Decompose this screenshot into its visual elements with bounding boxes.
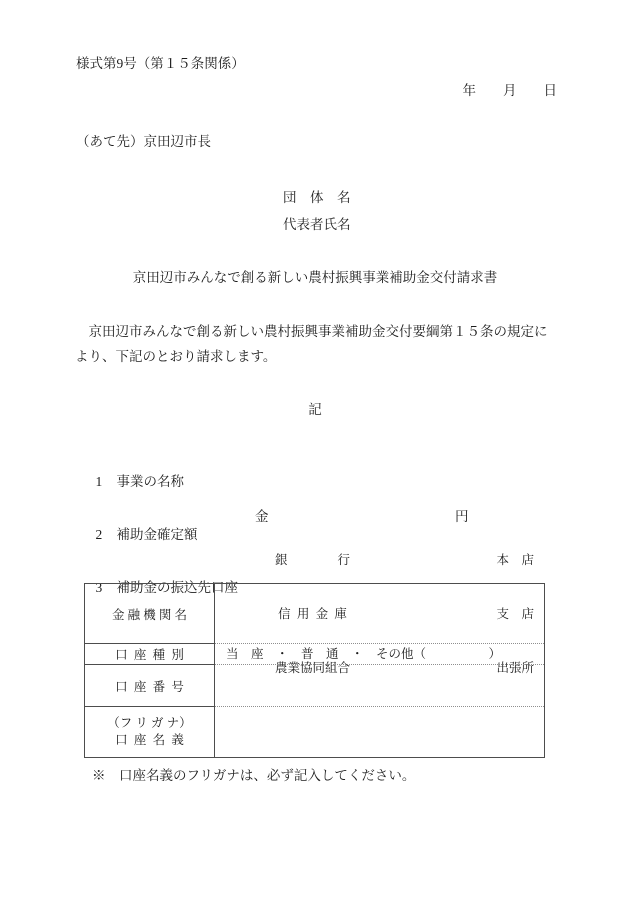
account-type-label: 口 座 種 別 <box>85 643 215 664</box>
account-number-value <box>215 664 544 706</box>
date-line: 年 月 日 <box>463 81 558 101</box>
branch-line: 本 店 <box>496 551 534 569</box>
account-holder-label: （フ リ ガ ナ） 口 座 名 義 <box>85 706 215 757</box>
table-row-account-holder: （フ リ ガ ナ） 口 座 名 義 <box>85 706 544 757</box>
institution-cell: 銀 行 信 用 金 庫 農業協同組合 本 店 支 店 出張所 <box>215 584 544 643</box>
item-1-number: 1 <box>96 474 117 490</box>
ki-heading: 記 <box>0 400 630 420</box>
addressee: （あて先）京田辺市長 <box>76 132 211 152</box>
account-type-options: 当 座 ・ 普 通 ・ その他（ ） <box>215 643 544 664</box>
document-page: 様式第9号（第１５条関係） 年 月 日 （あて先）京田辺市長 団 体 名 代表者… <box>0 0 630 903</box>
representative-label: 代表者氏名 <box>283 215 351 235</box>
body-paragraph: 京田辺市みんなで創る新しい農村振興事業補助金交付要綱第１５条の規定に より、下記… <box>75 319 575 369</box>
bank-line: 銀 行 <box>275 551 350 569</box>
institution-label: 金 融 機 関 名 <box>85 584 215 643</box>
table-row-account-type: 口 座 種 別 当 座 ・ 普 通 ・ その他（ ） <box>85 643 544 664</box>
item-1: 1事業の名称 <box>82 454 184 506</box>
bank-line: 信 用 金 庫 <box>275 605 350 623</box>
item-2-number: 2 <box>96 527 117 543</box>
furigana-label: （フ リ ガ ナ） <box>107 715 191 732</box>
item-2: 2補助金確定額 <box>82 507 198 559</box>
group-name-label: 団 体 名 <box>283 188 351 208</box>
account-table: 金 融 機 関 名 銀 行 信 用 金 庫 農業協同組合 本 店 支 店 出張所… <box>84 583 545 758</box>
form-number: 様式第9号（第１５条関係） <box>76 54 245 74</box>
item-2-label: 補助金確定額 <box>117 527 198 542</box>
table-row-account-number: 口 座 番 号 <box>85 664 544 706</box>
item-1-label: 事業の名称 <box>117 474 185 489</box>
account-holder-value <box>215 706 544 757</box>
amount-suffix: 円 <box>455 507 469 527</box>
furigana-note: ※ 口座名義のフリガナは、必ず記入してください。 <box>92 766 415 786</box>
table-row-institution: 金 融 機 関 名 銀 行 信 用 金 庫 農業協同組合 本 店 支 店 出張所 <box>85 584 544 643</box>
amount-prefix: 金 <box>255 507 269 527</box>
holder-label: 口 座 名 義 <box>115 732 184 749</box>
document-title: 京田辺市みんなで創る新しい農村振興事業補助金交付請求書 <box>0 268 630 288</box>
account-number-label: 口 座 番 号 <box>85 664 215 706</box>
branch-line: 支 店 <box>496 605 534 623</box>
